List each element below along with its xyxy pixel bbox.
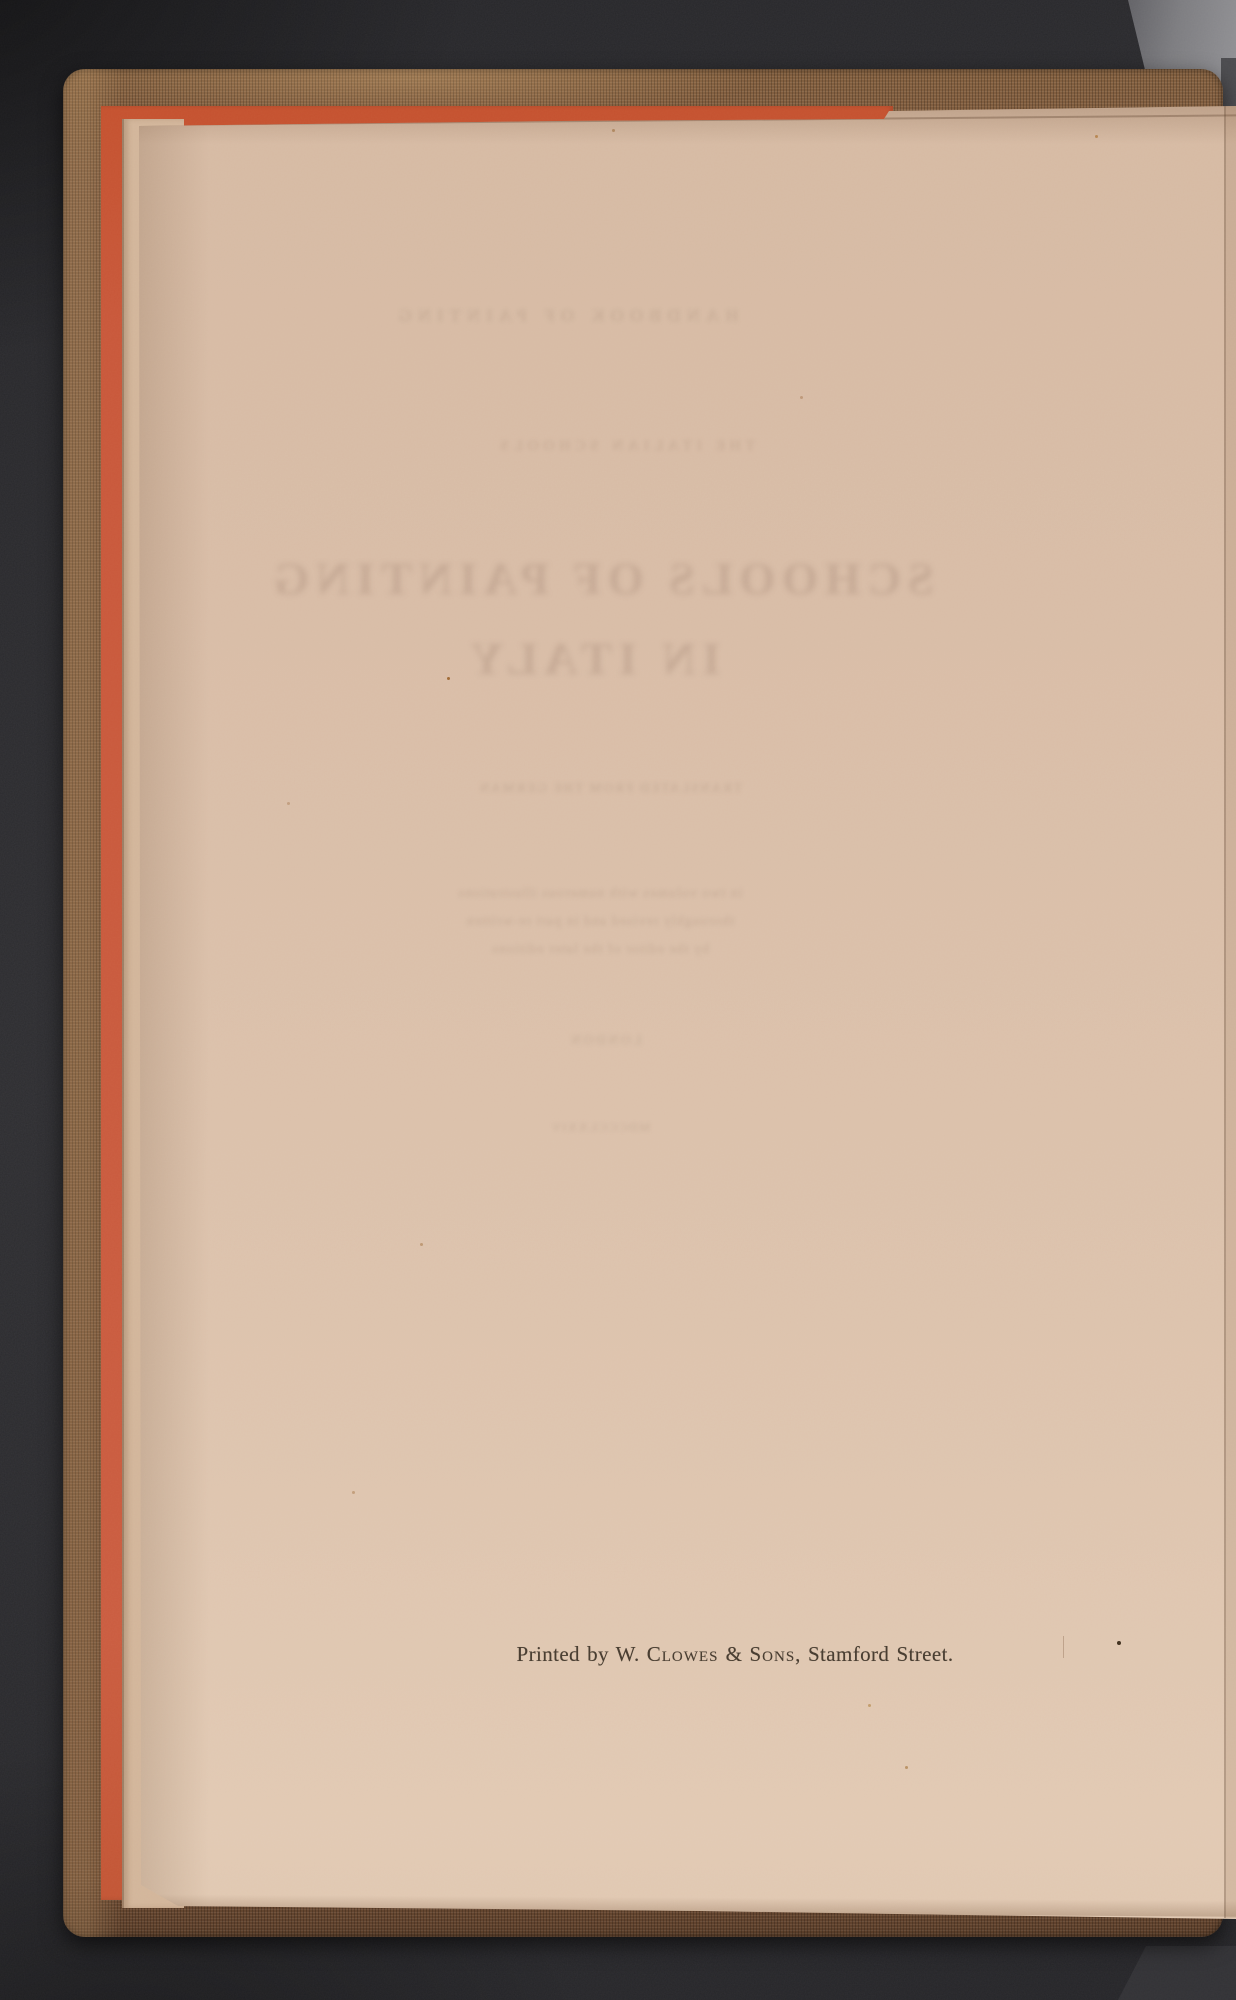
ghost-showthrough-line: by the editor of the later editions (250, 942, 950, 958)
ghost-showthrough-line: in two volumes with numerous illustratio… (250, 886, 950, 902)
dark-speck (1117, 1641, 1121, 1645)
foxing-specks (447, 677, 450, 680)
imprint-suffix: , Stamford Street. (795, 1642, 953, 1666)
imprint-printer-name-2: Sons (749, 1642, 795, 1666)
ghost-showthrough-line: TRANSLATED FROM THE GERMAN (260, 780, 960, 796)
paper-scratch (1063, 1636, 1064, 1658)
ghost-showthrough-line: thoroughly revised and in part re-writte… (250, 914, 950, 930)
page-gutter-shadow (139, 120, 209, 1910)
ghost-showthrough-line: MDCCCLXXIV (250, 1120, 950, 1135)
imprint-prefix: Printed by W. (516, 1642, 646, 1666)
imprint-printer-name-1: Clowes (647, 1642, 719, 1666)
ghost-showthrough-line: THE ITALIAN SCHOOLS (275, 438, 975, 455)
book-page: HANDBOOK OF PAINTINGTHE ITALIAN SCHOOLSS… (0, 0, 1236, 2000)
scanned-book-photo: HANDBOOK OF PAINTINGTHE ITALIAN SCHOOLSS… (0, 0, 1236, 2000)
page-right-edge-strip (1226, 106, 1236, 1918)
ghost-showthrough-line: HANDBOOK OF PAINTING (215, 306, 915, 326)
ghost-showthrough-line: LONDON (255, 1032, 955, 1048)
ghost-showthrough-line: IN ITALY (242, 632, 942, 685)
imprint-joiner: & (718, 1642, 749, 1666)
ghost-showthrough-line: SCHOOLS OF PAINTING (250, 552, 950, 605)
printer-imprint: Printed by W. Clowes & Sons, Stamford St… (500, 1641, 970, 1667)
